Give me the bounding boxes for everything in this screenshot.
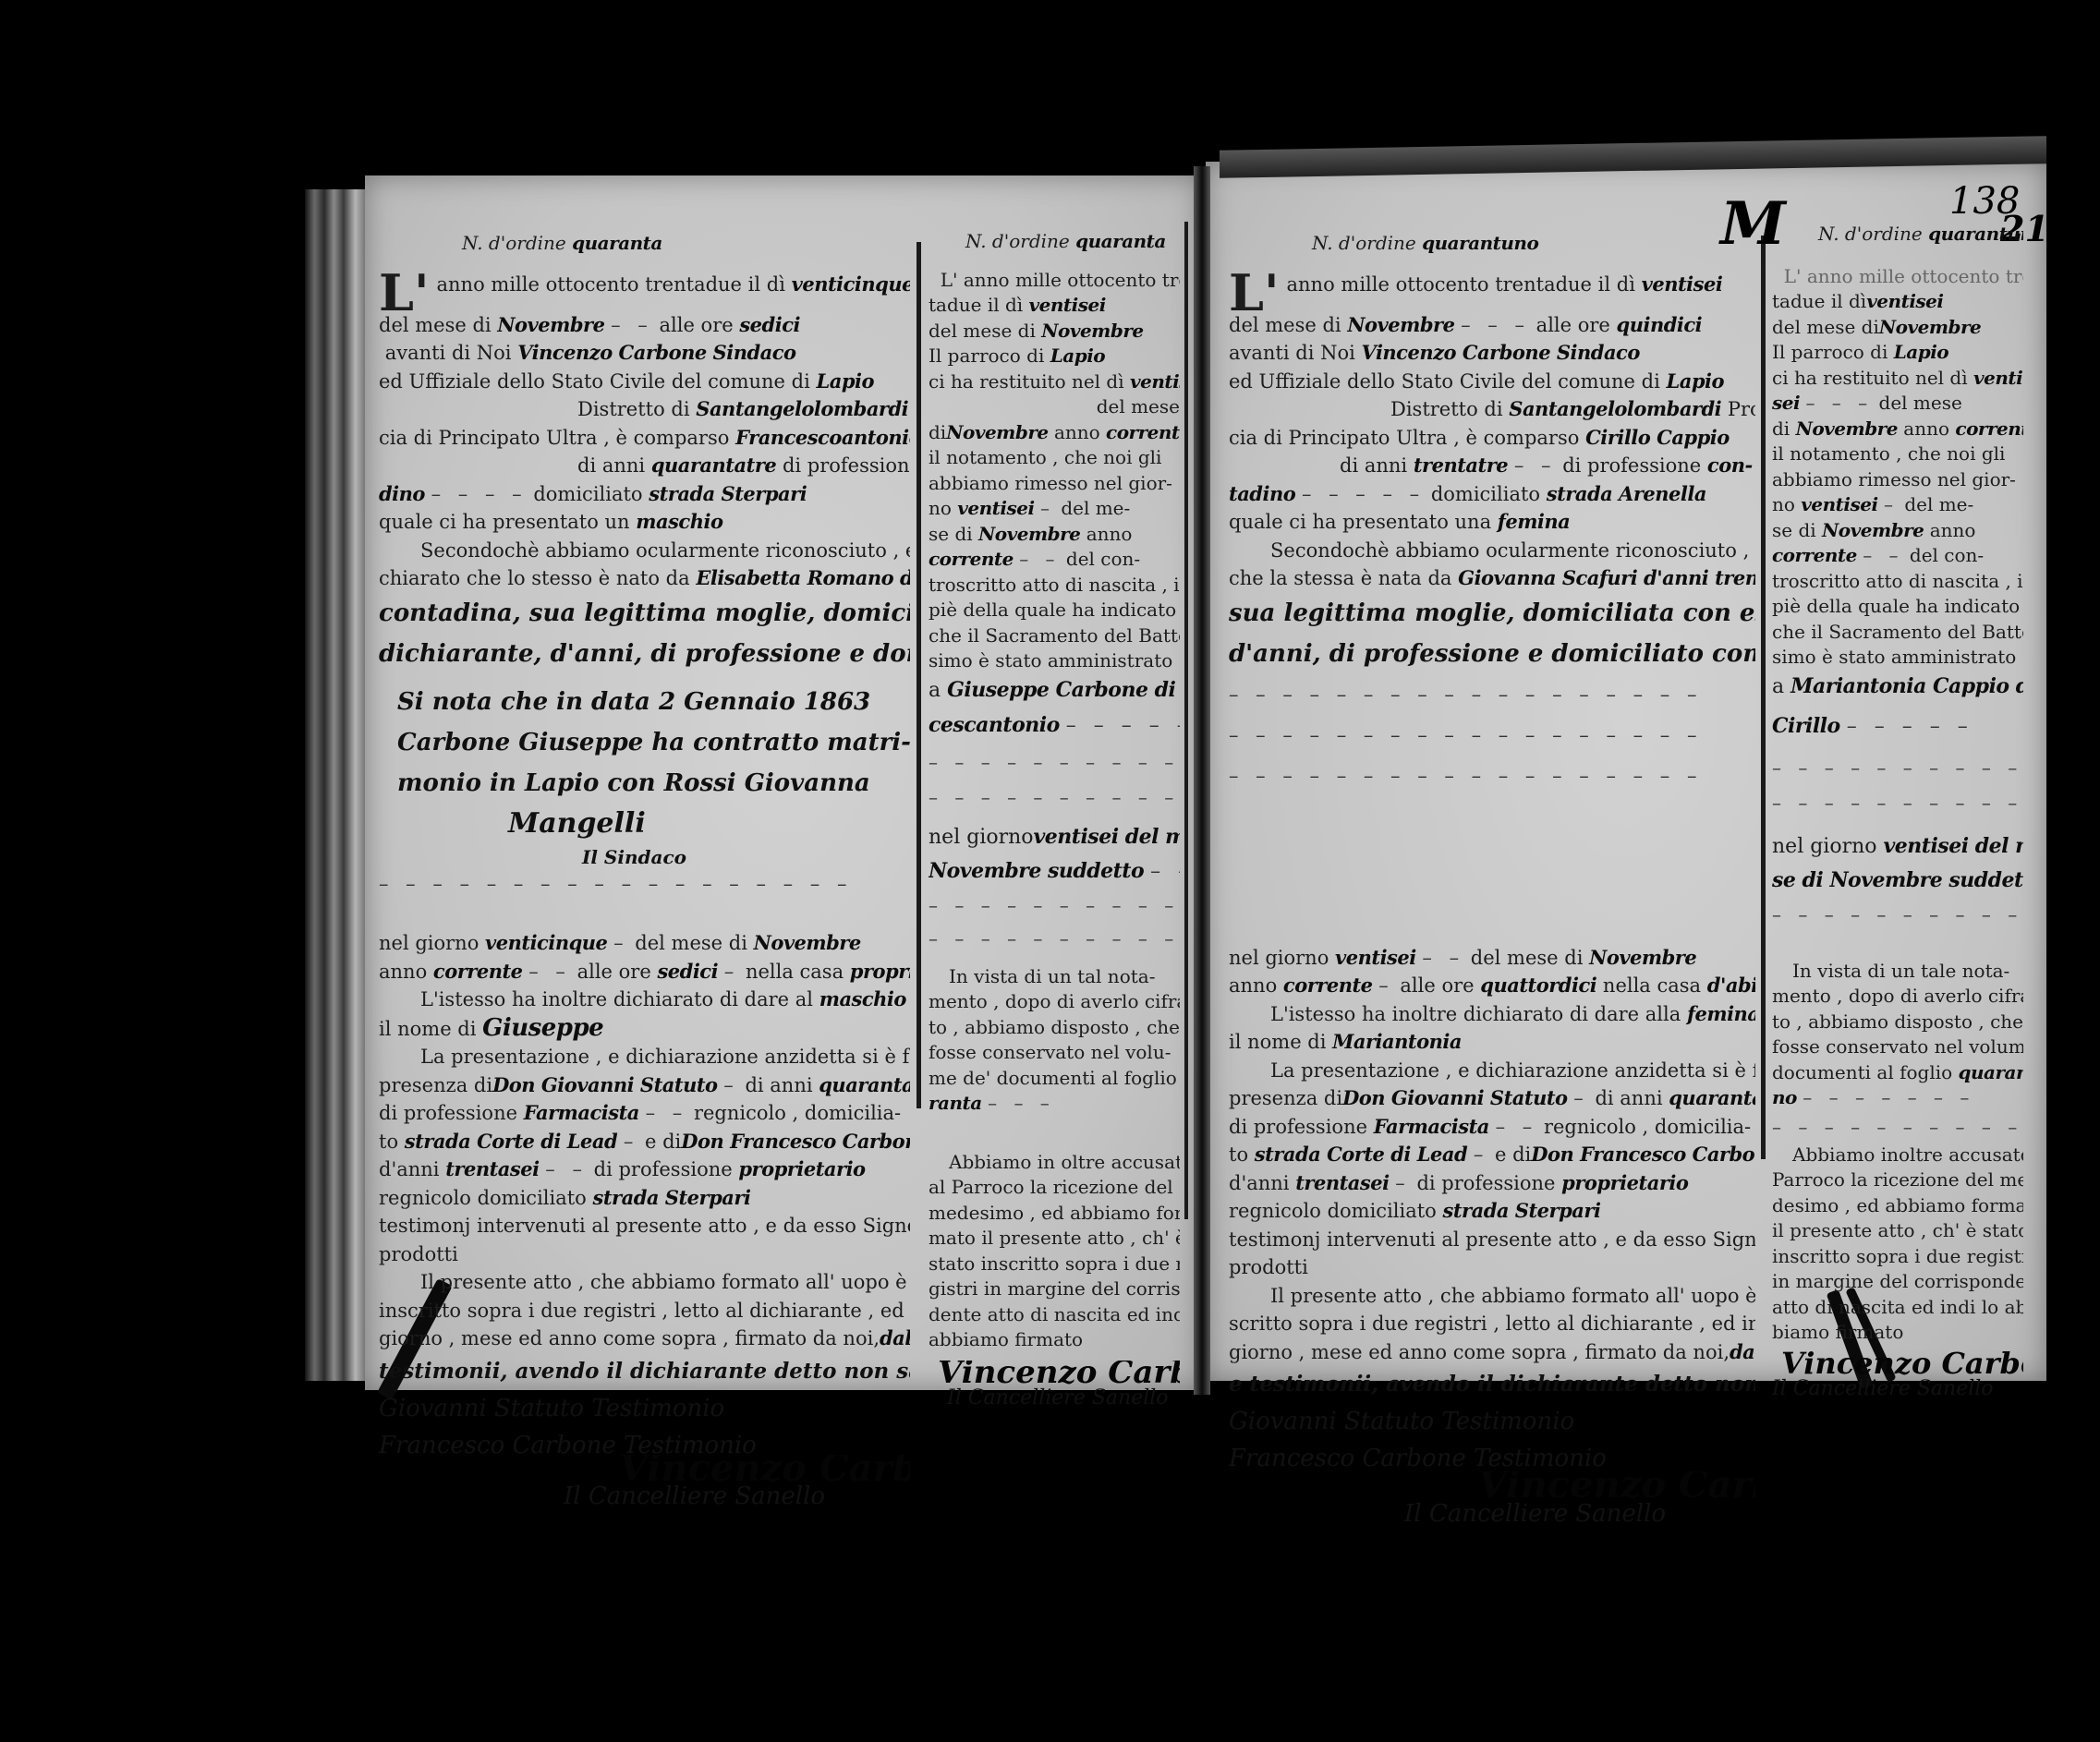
margin-annotation-title: Il Sindaco [379, 844, 910, 870]
filler-dashes: – – – – – – – – – – – – – – – – – – [379, 870, 910, 899]
record-line: sei – – – del mese [1772, 391, 2023, 417]
record-line: di anni quarantatre di professione conta… [379, 452, 910, 480]
record-line: quale ci ha presentato un maschio [379, 508, 910, 537]
record-line: presenza diDon Giovanni Statuto – di ann… [379, 1071, 910, 1100]
clerk-signature: Il Cancelliere Sanello [929, 1385, 1180, 1411]
mayor-signature: Vincenzo Carbone [1772, 1351, 2023, 1377]
record-line: regnicolo domiciliato strada Sterpari [1229, 1197, 1755, 1226]
record-line: abbiamo rimesso nel gior- [1772, 467, 2023, 493]
record-line: stato inscritto sopra i due re- [929, 1252, 1180, 1277]
right-page-column-rule [1761, 236, 1766, 1159]
record-line: quale ci ha presentato una femina [1229, 508, 1755, 537]
record-line: ed Uffiziale dello Stato Civile del comu… [1229, 368, 1755, 396]
record-line: to , abbiamo disposto , che [929, 1015, 1180, 1041]
record-line: avanti di Noi Vincenzo Carbone Sindaco [1229, 339, 1755, 368]
record-line: del mese di Novembre – – alle ore sedici [379, 311, 910, 340]
record-line: se di Novembre anno [1772, 518, 2023, 544]
record-line: di professione Farmacista – – regnicolo … [379, 1099, 910, 1128]
filler-dashes: – – – – – – – – – – [929, 744, 1180, 780]
record-line: ranta – – – [929, 1091, 1180, 1117]
record-line: La presentazione , e dichiarazione anzid… [1229, 1057, 1755, 1085]
record-line: Il parroco di Lapio [1772, 340, 2023, 366]
record-line: avanti di Noi Vincenzo Carbone Sindaco [379, 339, 910, 368]
record-line: del mese di Novembre – – – alle ore quin… [1229, 311, 1755, 340]
record-line: diNovembre anno corrente [929, 420, 1180, 446]
filler-dashes: – – – – – – – – – – – – – – – – – – [1229, 674, 1755, 715]
record-line: se di Novembre anno [929, 522, 1180, 548]
record-line: che la stessa è nata da Giovanna Scafuri… [1229, 564, 1755, 593]
clerk-signature: Il Cancelliere Sanello [1229, 1500, 1755, 1529]
record-line: del mese di Novembre [929, 319, 1180, 345]
record-line: desimo , ed abbiamo formato [1772, 1193, 2023, 1219]
margin-annotation-signature: Mangelli [379, 804, 910, 844]
record-line: a Giuseppe Carbone di Fran [929, 674, 1180, 707]
record-line: mento , dopo di averlo cifra- [1772, 984, 2023, 1010]
record-line: to , abbiamo disposto , che [1772, 1010, 2023, 1035]
record-line: piè della quale ha indicato [929, 598, 1180, 623]
record-line: il nome di Mariantonia [1229, 1028, 1755, 1057]
record-line: ci ha restituito nel dì ventisei [929, 369, 1180, 395]
right-main-record: N. d'ordine quarantuno L'anno mille otto… [1229, 229, 1755, 1528]
record-line: giorno , mese ed anno come sopra , firma… [379, 1325, 910, 1353]
right-side-record: N. d'ordine quarantuno L' anno mille ott… [1772, 222, 2023, 1402]
record-line: se di Novembre suddetto – [1772, 864, 2023, 898]
record-line: nel giorno venticinque – del mese di Nov… [379, 929, 910, 958]
record-line: no – – – – – – – [1772, 1085, 2023, 1111]
record-line: Parroco la ricezione del me- [1772, 1167, 2023, 1193]
record-line: d'anni trentasei – – di professione prop… [379, 1155, 910, 1184]
handwritten-line: contadina, sua legittima moglie, domicil… [379, 593, 910, 634]
record-line: simo è stato amministrato [1772, 645, 2023, 671]
record-line: L' anno mille ottocento tren- [1772, 264, 2023, 290]
left-page-column-rule [916, 242, 921, 1108]
clerk-signature: Il Cancelliere Sanello [1772, 1376, 2023, 1402]
record-line: corrente – – del con- [929, 547, 1180, 573]
filler-dashes: – – – – – – – – – – [929, 780, 1180, 815]
mayor-signature: Vincenzo Carbone [929, 1361, 1180, 1386]
record-line: simo è stato amministrato [929, 648, 1180, 674]
record-line: abbiamo rimesso nel gior- [929, 471, 1180, 497]
record-number-header: N. d'ordine quaranta [929, 229, 1180, 255]
record-line: ci ha restituito nel dì venti- [1772, 366, 2023, 392]
record-line: il presente atto , ch' è stato [1772, 1218, 2023, 1244]
record-line: d'anni trentasei – di professione propri… [1229, 1169, 1755, 1198]
record-line: di anni trentatre – – di professione con… [1229, 452, 1755, 480]
record-line: ed Uffiziale dello Stato Civile del comu… [379, 368, 910, 396]
record-line: mento , dopo di averlo cifra- [929, 989, 1180, 1015]
record-line: La presentazione , e dichiarazione anzid… [379, 1043, 910, 1071]
record-line: troscritto atto di nascita , in [1772, 569, 2023, 595]
filler-dashes: – – – – – – – – – – [1772, 1111, 2023, 1143]
record-line: Il presente atto , che abbiamo formato a… [1229, 1282, 1755, 1311]
record-number-header: N. d'ordine quaranta [379, 229, 910, 258]
record-line: atto di nascita ed indi lo ab- [1772, 1295, 2023, 1321]
record-line: scritto sopra i due registri , letto al … [1229, 1310, 1755, 1338]
record-line: il nome di Giuseppe [379, 1014, 910, 1044]
record-line: tadino – – – – – domiciliato strada Aren… [1229, 480, 1755, 509]
record-line: cescantonio – – – – – [929, 707, 1180, 744]
record-line: Distretto di Santangelolombardi Provin- [379, 395, 910, 424]
record-line: tadue il dì ventisei [929, 293, 1180, 319]
record-line: testimonj intervenuti al presente atto ,… [379, 1212, 910, 1240]
record-line: inscritto sopra i due registri [1772, 1244, 2023, 1270]
record-line: inscritto sopra i due registri , letto a… [379, 1297, 910, 1325]
record-line: anno corrente – alle ore quattordici nel… [1229, 972, 1755, 1000]
record-line: Secondochè abbiamo ocularmente riconosci… [1229, 537, 1755, 565]
record-line: Il presente atto , che abbiamo formato a… [379, 1268, 910, 1297]
record-line: di professione Farmacista – – regnicolo … [1229, 1113, 1755, 1142]
filler-dashes: – – – – – – – – – – [1772, 898, 2023, 931]
record-line: prodotti [379, 1240, 910, 1269]
margin-annotation-line: monio in Lapio con Rossi Giovanna [379, 763, 910, 804]
record-line: abbiamo firmato [929, 1327, 1180, 1353]
record-line: L'anno mille ottocento trentadue il dì v… [379, 271, 910, 311]
witness-signature: Giovanni Statuto Testimonio [1229, 1403, 1755, 1440]
record-line: testimonj intervenuti al presente atto ,… [1229, 1226, 1755, 1254]
record-line: Abbiamo inoltre accusato al [1772, 1143, 2023, 1168]
record-line: to strada Corte di Lead – e diDon France… [379, 1128, 910, 1156]
margin-annotation-line: Carbone Giuseppe ha contratto matri- [379, 722, 910, 763]
filler-dashes: – – – – – – – – – – – – – – – – – – [1229, 756, 1755, 796]
left-page-outer-rule [1184, 222, 1188, 1219]
record-line: fosse conservato nel volu- [929, 1040, 1180, 1066]
record-line: documenti al foglio quarantu- [1772, 1060, 2023, 1086]
record-line: fosse conservato nel volume de' [1772, 1034, 2023, 1060]
record-line: tadue il dìventisei [1772, 289, 2023, 315]
record-line: Secondochè abbiamo ocularmente riconosci… [379, 537, 910, 565]
record-line: L'anno mille ottocento trentadue il dì v… [1229, 271, 1755, 311]
record-line: mato il presente atto , ch' è [929, 1226, 1180, 1252]
record-line: nel giornoventisei del mese di [929, 820, 1180, 854]
filler-dashes: – – – – – – – – – – – – – – – – – – [1229, 715, 1755, 756]
record-line: medesimo , ed abbiamo for- [929, 1201, 1180, 1227]
filler-dashes: – – – – – – – – – – [929, 922, 1180, 955]
record-line: di Novembre anno corrente [1772, 417, 2023, 442]
record-line: chiarato che lo stesso è nato da Elisabe… [379, 564, 910, 593]
record-line: nel giorno ventisei – – del mese di Nove… [1229, 944, 1755, 973]
record-line: biamo firmato [1772, 1320, 2023, 1346]
record-line: Novembre suddetto – – [929, 854, 1180, 889]
book-gutter [1194, 166, 1210, 1395]
clerk-signature: Il Cancelliere Sanello [379, 1482, 910, 1511]
record-line: del mese diNovembre [1772, 315, 2023, 341]
record-line: il notamento , che noi gli [1772, 442, 2023, 467]
handwritten-line: d'anni, di professione e domiciliato com… [1229, 634, 1755, 674]
record-number-header: N. d'ordine quarantuno [1772, 222, 2023, 248]
filler-dashes: – – – – – – – – – – [1772, 785, 2023, 820]
record-line: a Mariantonia Cappio di [1772, 671, 2023, 703]
record-line: me de' documenti al foglio qua- [929, 1066, 1180, 1092]
record-line: no ventisei – del me- [929, 496, 1180, 522]
record-line: piè della quale ha indicato [1772, 594, 2023, 620]
record-line: gistri in margine del corrispon- [929, 1276, 1180, 1302]
record-line: In vista di un tale nota- [1772, 959, 2023, 985]
record-line: Abbiamo in oltre accusato [929, 1150, 1180, 1176]
page-stack-edge [305, 189, 370, 1381]
record-line: il notamento , che noi gli [929, 445, 1180, 471]
record-line: corrente – – del con- [1772, 543, 2023, 569]
record-line: che il Sacramento del Batte- [1772, 620, 2023, 646]
record-line: anno corrente – – alle ore sedici – nell… [379, 958, 910, 986]
record-line: in margine del corrispondente [1772, 1269, 2023, 1295]
record-line: L'istesso ha inoltre dichiarato di dare … [1229, 1000, 1755, 1029]
filler-dashes: – – – – – – – – – – [929, 889, 1180, 922]
record-line: Il parroco di Lapio [929, 344, 1180, 369]
record-line: regnicolo domiciliato strada Sterpari [379, 1184, 910, 1213]
record-line: prodotti [1229, 1253, 1755, 1282]
record-line: che il Sacramento del Batte- [929, 623, 1180, 649]
record-line: giorno , mese ed anno come sopra , firma… [1229, 1338, 1755, 1367]
record-line: In vista di un tal nota- [929, 964, 1180, 990]
handwritten-line: testimonii, avendo il dichiarante detto … [379, 1353, 910, 1390]
record-line: troscritto atto di nascita , in [929, 573, 1180, 599]
record-line: presenza diDon Giovanni Statuto – di ann… [1229, 1084, 1755, 1113]
record-line: cia di Principato Ultra , è comparso Cir… [1229, 424, 1755, 453]
record-line: L'istesso ha inoltre dichiarato di dare … [379, 986, 910, 1014]
handwritten-line: sua legittima moglie, domiciliata con es… [1229, 593, 1755, 634]
witness-signature: Giovanni Statuto Testimonio [379, 1390, 910, 1427]
record-line: no ventisei – del me- [1772, 492, 2023, 518]
record-line: nel giorno ventisei del me- [1772, 829, 2023, 864]
left-side-record: N. d'ordine quaranta L' anno mille ottoc… [929, 229, 1180, 1411]
record-number-header: N. d'ordine quarantuno [1229, 229, 1755, 258]
record-line: to strada Corte di Lead – e diDon France… [1229, 1141, 1755, 1169]
record-line: Distretto di Santangelolombardi Provin- [1229, 395, 1755, 424]
record-line: L' anno mille ottocento tren- [929, 268, 1180, 294]
margin-annotation-line: Si nota che in data 2 Gennaio 1863 [379, 682, 910, 722]
record-line: Cirillo – – – – – [1772, 703, 2023, 750]
record-line: dente atto di nascita ed indi lo [929, 1302, 1180, 1328]
record-line: del mese [929, 394, 1180, 420]
handwritten-line: e testimonii, avendo il dichiarante dett… [1229, 1366, 1755, 1403]
record-line: al Parroco la ricezione del [929, 1175, 1180, 1201]
left-main-record: N. d'ordine quaranta L'anno mille ottoce… [379, 229, 910, 1511]
filler-dashes: – – – – – – – – – – [1772, 750, 2023, 785]
handwritten-line: dichiarante, d'anni, di professione e do… [379, 634, 910, 674]
record-line: cia di Principato Ultra , è comparso Fra… [379, 424, 910, 453]
record-line: dino – – – – domiciliato strada Sterpari [379, 480, 910, 509]
